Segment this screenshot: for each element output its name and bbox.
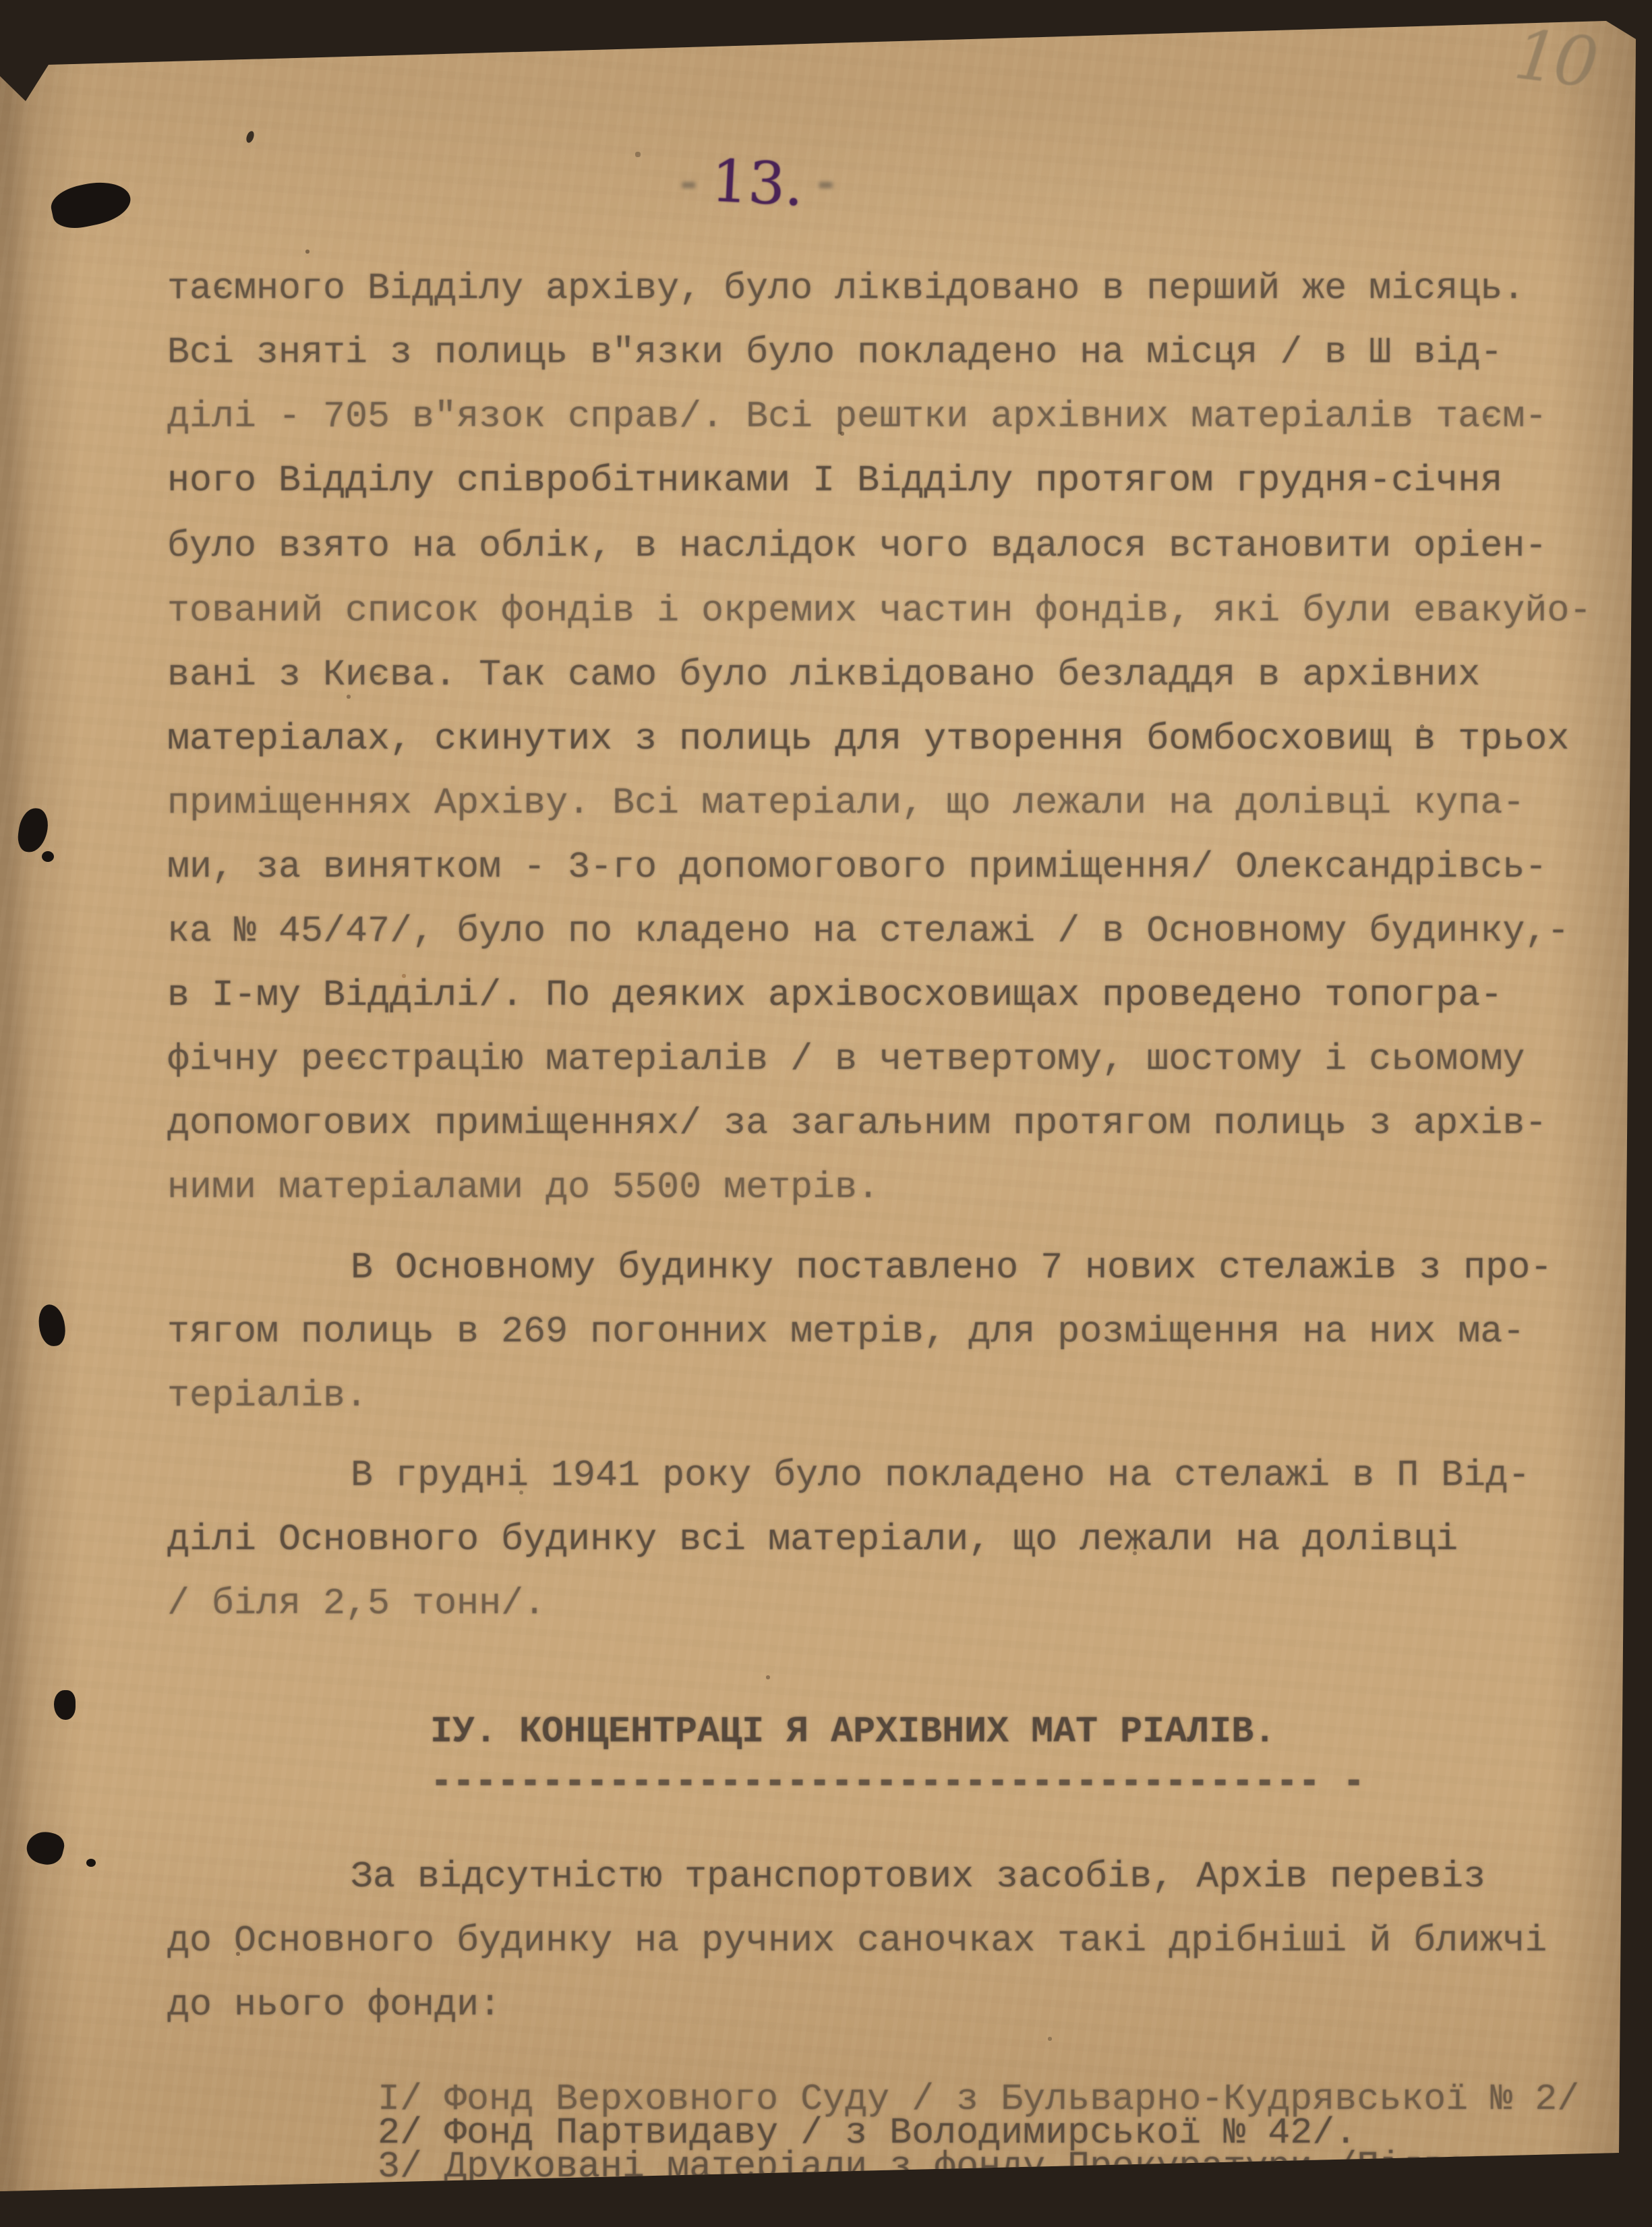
text-line: теріалів. [167, 1377, 367, 1414]
text-line: За відсутністю транспортових засобів, Ар… [351, 1858, 1485, 1895]
ink-blot [48, 175, 134, 233]
section-heading: ІУ. КОНЦЕНТРАЦІ Я АРХІВНИХ МАТ РІАЛІВ. [430, 1713, 1276, 1750]
text-line: ми, за винятком - 3-го допомогового прим… [167, 848, 1547, 886]
text-line: Всі зняті з полиць в"язки було покладено… [167, 334, 1502, 371]
text-line: приміщеннях Архіву. Всі матеріали, що ле… [167, 784, 1525, 821]
text-line: до нього фонди: [167, 1986, 501, 2023]
text-line: ка № 45/47/, було по кладено на стелажі … [167, 913, 1569, 950]
text-line: В грудні 1941 року було покладено на сте… [351, 1457, 1530, 1494]
text-line: допомогових приміщеннях/ за загальним пр… [167, 1105, 1547, 1142]
ink-blot [16, 806, 51, 854]
list-item-line: 3/ Друковані матеріали з фонду Прокурату… [378, 2148, 1490, 2185]
text-line: в І-му Відділі/. По деяких архівосховища… [167, 977, 1502, 1014]
ink-blot [42, 851, 54, 862]
ink-blot [24, 1828, 67, 1868]
text-line: ного Відділу співробітниками І Відділу п… [167, 462, 1502, 499]
text-line: ними матеріалами до 5500 метрів. [167, 1169, 879, 1206]
text-line: було взято на облік, в наслідок чого вда… [167, 527, 1547, 565]
text-line: матеріалах, скинутих з полиць для утворе… [167, 720, 1569, 757]
text-line: вані з Києва. Так само було ліквідовано … [167, 656, 1480, 693]
paper-specks [0, 0, 1, 1]
text-line: тований список фондів і окремих частин ф… [167, 592, 1591, 629]
scan-background: { "colors":{ "paper":"#c9a87c", "ink":"#… [0, 0, 1652, 2227]
paper-page: 10 - 13. - таємного Відділу архіву, було… [0, 0, 1652, 2227]
text-line: до Основного будинку на ручних саночках … [167, 1922, 1547, 1959]
text-line: ділі Основного будинку всі матеріали, що… [167, 1521, 1458, 1558]
text-line: фічну реєстрацію матеріалів / в четверто… [167, 1041, 1525, 1078]
text-line: В Основному будинку поставлено 7 нових с… [351, 1249, 1552, 1286]
text-line: ділі - 705 в"язок справ/. Всі рештки арх… [167, 398, 1547, 435]
ink-blot [54, 1690, 76, 1720]
ink-blot [86, 1859, 96, 1867]
text-line: таємного Відділу архіву, було ліквідован… [167, 270, 1525, 307]
text-line: / біля 2,5 тонн/. [167, 1585, 545, 1622]
heading-underline: ----------------------------------------… [430, 1758, 1365, 1807]
ink-blot [37, 1303, 67, 1348]
text-line: тягом полиць в 269 погонних метрів, для … [167, 1313, 1525, 1350]
typewritten-text: таємного Відділу архіву, було ліквідован… [167, 0, 1583, 2227]
